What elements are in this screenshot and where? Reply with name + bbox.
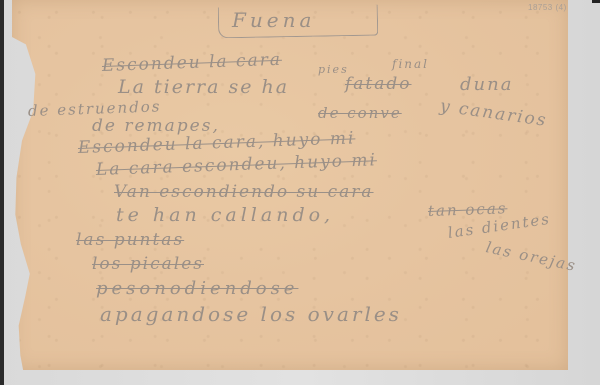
- archive-number: 18753 (4): [528, 3, 567, 12]
- manuscript-title: Fuena: [232, 10, 315, 30]
- line-pesonodiendose-struck: pesonodiendose: [96, 280, 298, 298]
- line-de-remapes: de remapes,: [92, 118, 220, 135]
- line-los-picales-struck: los picales: [92, 256, 204, 273]
- scanned-document: 18753 (4) Fuena Escondeu la cara pies fi…: [0, 0, 600, 385]
- line-las-puntas-struck: las puntas: [76, 232, 184, 249]
- line-duna: duna: [460, 76, 513, 94]
- line-apagandose-los-ovarles: apagandose los ovarles: [100, 304, 402, 324]
- insertion-final: final: [392, 58, 429, 70]
- line-te-han-callando: te han callando,: [116, 206, 334, 225]
- line-de-conve-struck: de conve: [318, 106, 402, 121]
- line-van-escondiendo-struck: Van escondiendo su cara: [114, 184, 374, 201]
- line-fatado-struck: fatado: [345, 76, 412, 93]
- line-la-tierra: La tierra se ha: [118, 78, 289, 97]
- scanner-corner: [592, 0, 600, 3]
- scanner-edge: [0, 0, 4, 385]
